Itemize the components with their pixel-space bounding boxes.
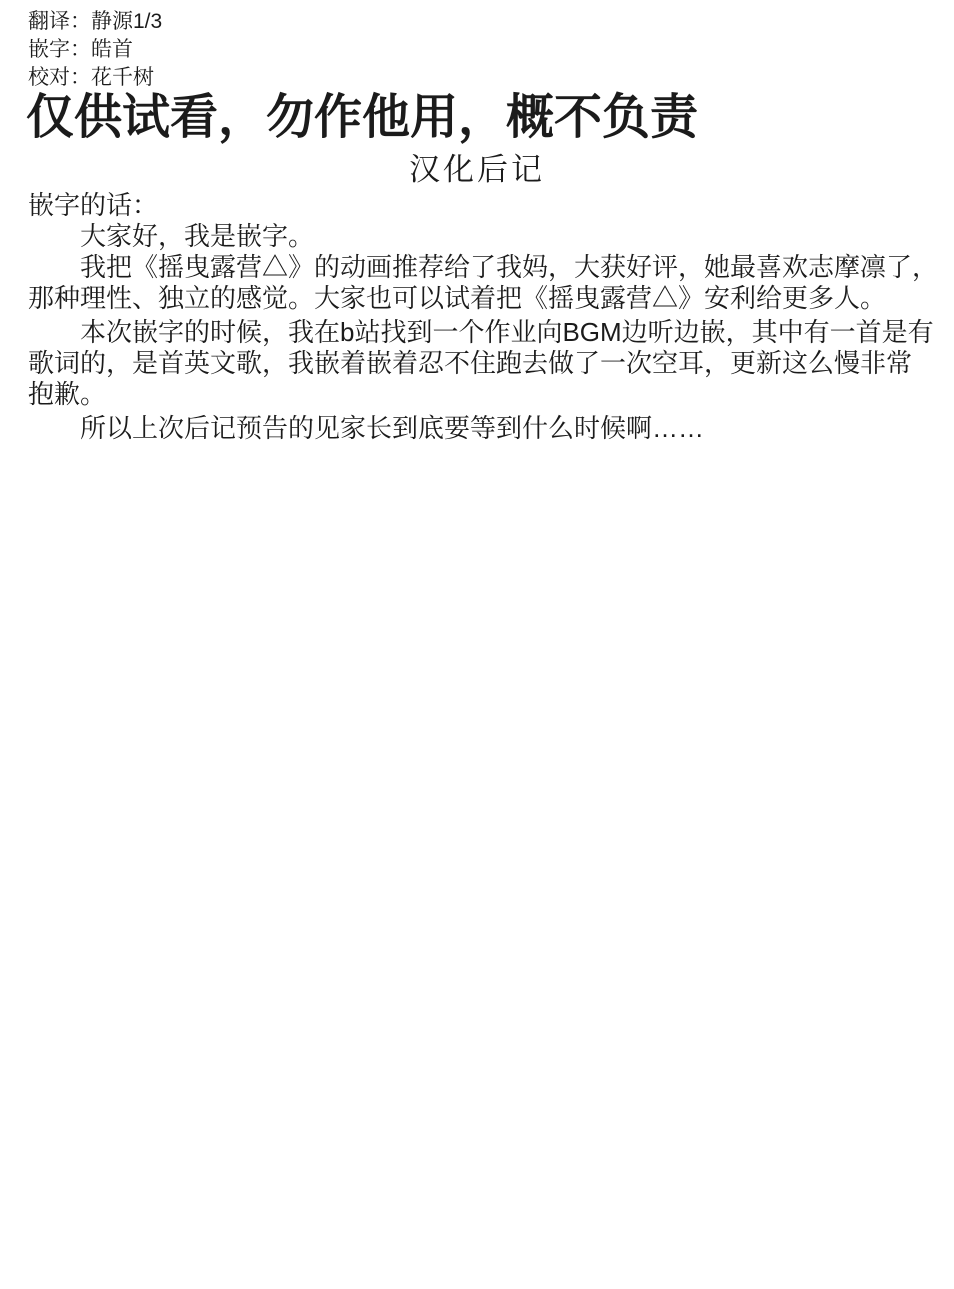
afterword-line: 抱歉。 bbox=[28, 379, 928, 410]
afterword-line: 嵌字的话： bbox=[28, 190, 928, 221]
credit-translator: 翻译：静源1/3 bbox=[28, 8, 162, 36]
afterword-line: 歌词的，是首英文歌，我嵌着嵌着忍不住跑去做了一次空耳，更新这么慢非常 bbox=[28, 348, 928, 379]
disclaimer-notice: 仅供试看，勿作他用，概不负责 bbox=[26, 90, 698, 146]
credit-proofreader: 校对：花千树 bbox=[28, 64, 162, 92]
credits-block: 翻译：静源1/3 嵌字：皓首 校对：花千树 bbox=[28, 8, 162, 92]
afterword-line: 大家好，我是嵌字。 bbox=[28, 221, 928, 252]
afterword-body: 嵌字的话： 大家好，我是嵌字。 我把《摇曳露营△》的动画推荐给了我妈，大获好评，… bbox=[28, 190, 928, 444]
afterword-line: 所以上次后记预告的见家长到底要等到什么时候啊…… bbox=[28, 413, 928, 444]
afterword-line: 我把《摇曳露营△》的动画推荐给了我妈，大获好评，她最喜欢志摩凛了， bbox=[28, 252, 928, 283]
scanlation-afterword-page: 翻译：静源1/3 嵌字：皓首 校对：花千树 仅供试看，勿作他用，概不负责 汉化后… bbox=[0, 0, 954, 1289]
credit-typesetter: 嵌字：皓首 bbox=[28, 36, 162, 64]
afterword-line: 那种理性、独立的感觉。大家也可以试着把《摇曳露营△》安利给更多人。 bbox=[28, 283, 928, 314]
afterword-title: 汉化后记 bbox=[0, 150, 954, 190]
afterword-line: 本次嵌字的时候，我在b站找到一个作业向BGM边听边嵌，其中有一首是有 bbox=[28, 317, 928, 348]
